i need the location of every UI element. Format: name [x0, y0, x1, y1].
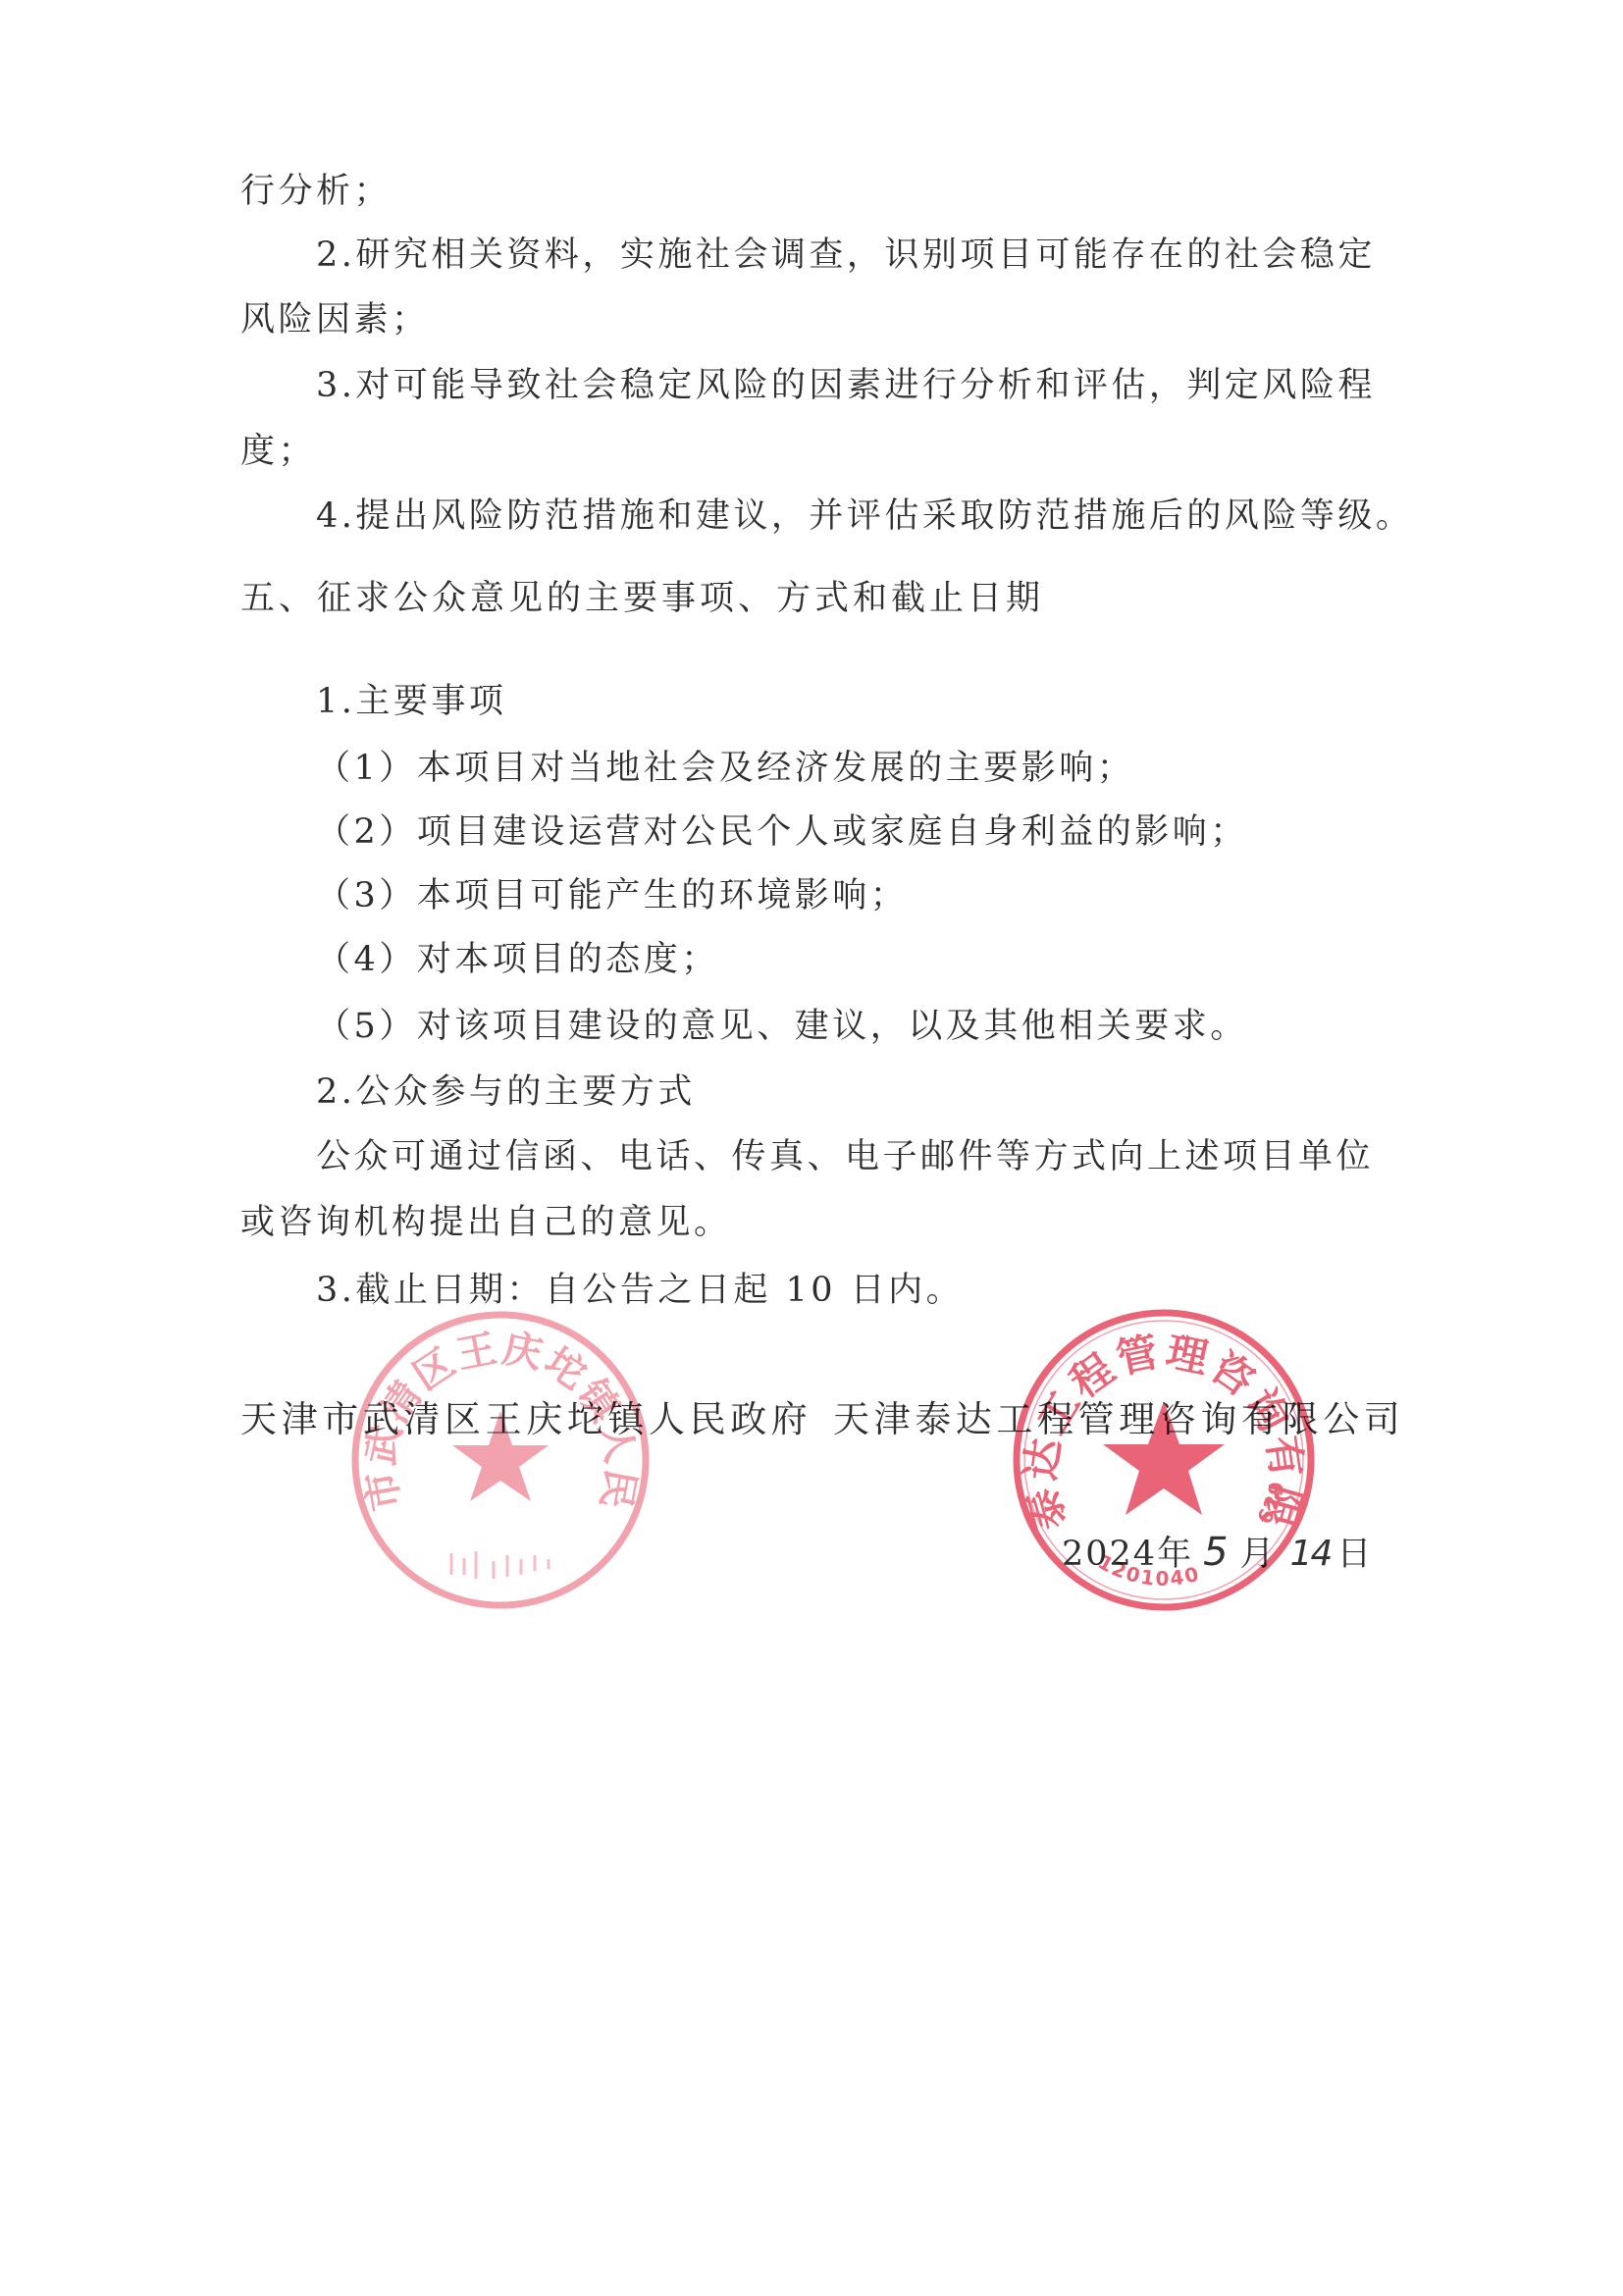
seal-left-graphic: 天津市武清区王庆坨镇人民政府: [348, 1308, 653, 1612]
star-icon: [452, 1411, 549, 1501]
svg-text:天津市武清区王庆坨镇人民政府: 天津市武清区王庆坨镇人民政府: [348, 1308, 643, 1514]
seal-right-code-b: 629: [1252, 1478, 1289, 1528]
star-icon: [1103, 1401, 1225, 1515]
seal-right-ring-text: 天津泰达工程管理咨询有限公司: [1011, 1307, 1312, 1536]
seal-left-ring-text: 天津市武清区王庆坨镇人民政府: [348, 1308, 643, 1514]
svg-text:629: 629: [1252, 1478, 1289, 1528]
seal-consulting-company: 天津泰达工程管理咨询有限公司 1201040 629: [1011, 1307, 1317, 1613]
seal-township-government: 天津市武清区王庆坨镇人民政府: [348, 1308, 653, 1612]
official-seals: 天津市武清区王庆坨镇人民政府: [0, 0, 1623, 2296]
seal-right-code-a: 1201040: [1094, 1549, 1203, 1590]
seal-right-graphic: 天津泰达工程管理咨询有限公司 1201040 629: [1011, 1307, 1317, 1613]
document-page: 行分析； 2.研究相关资料，实施社会调查，识别项目可能存在的社会稳定 风险因素；…: [0, 0, 1623, 2296]
svg-text:1201040: 1201040: [1094, 1549, 1203, 1590]
svg-text:天津泰达工程管理咨询有限公司: 天津泰达工程管理咨询有限公司: [1011, 1307, 1312, 1536]
